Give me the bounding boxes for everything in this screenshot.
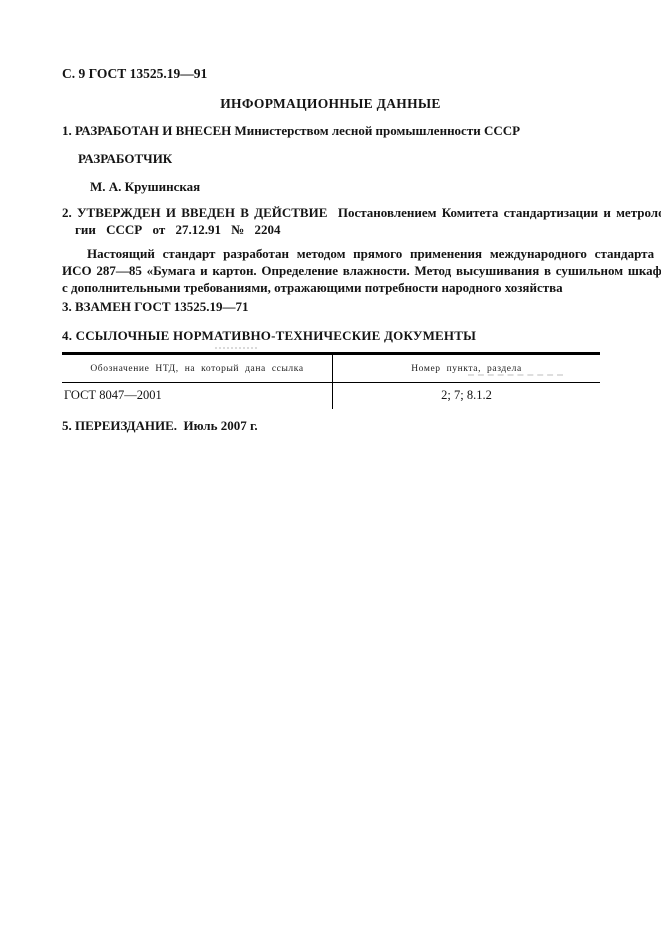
item-2-approved-line-1: 2. УТВЕРЖДЕН И ВВЕДЕН В ДЕЙСТВИЕ Постано… [62, 205, 661, 220]
table-header-clause-number: Номер пункта, раздела [333, 355, 600, 382]
iso-paragraph-line-3: с дополнительными требованиями, отражающ… [62, 280, 563, 295]
table-header-ntd-designation: Обозначение НТД, на который дана ссылка [62, 355, 332, 382]
item-4-reference-docs-heading: 4. ССЫЛОЧНЫЕ НОРМАТИВНО-ТЕХНИЧЕСКИЕ ДОКУ… [62, 328, 476, 343]
developer-label: РАЗРАБОТЧИК [78, 151, 172, 166]
document-title: ИНФОРМАЦИОННЫЕ ДАННЫЕ [0, 96, 661, 112]
table-cell-gost-8047: ГОСТ 8047—2001 [62, 382, 334, 409]
item-5-reissue: 5. ПЕРЕИЗДАНИЕ. Июль 2007 г. [62, 418, 258, 433]
iso-paragraph-line-2: ИСО 287—85 «Бумага и картон. Определение… [62, 263, 661, 278]
page-header: С. 9 ГОСТ 13525.19—91 [62, 66, 207, 81]
item-2-approved-line-2: гии СССР от 27.12.91 № 2204 [75, 222, 281, 237]
table-cell-clause-refs: 2; 7; 8.1.2 [333, 382, 600, 409]
document-page: С. 9 ГОСТ 13525.19—91 ИНФОРМАЦИОННЫЕ ДАН… [0, 0, 661, 936]
scan-artifact [468, 374, 563, 376]
item-1-developed-by: 1. РАЗРАБОТАН И ВНЕСЕН Министерством лес… [62, 123, 520, 138]
item-3-replaces: 3. ВЗАМЕН ГОСТ 13525.19—71 [62, 299, 249, 314]
iso-paragraph-line-1: Настоящий стандарт разработан методом пр… [87, 246, 654, 261]
reference-table: Обозначение НТД, на который дана ссылка … [62, 352, 600, 409]
developer-name: М. А. Крушинская [90, 179, 200, 194]
scan-artifact [215, 347, 257, 349]
